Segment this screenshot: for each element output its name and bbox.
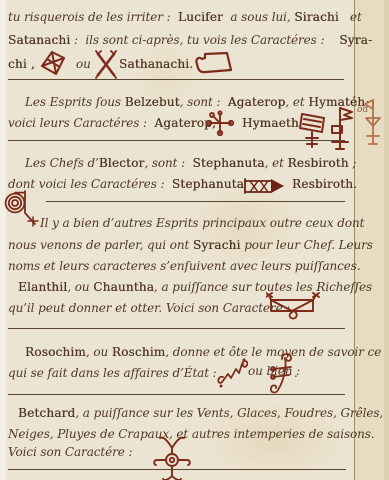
text-segment: Il y a bien d’autres Esprits principaux … [40, 216, 364, 230]
section-divider [46, 201, 345, 202]
page-right-edge [384, 0, 389, 480]
hymaeth-alt-character-sigil [364, 96, 382, 154]
text-line-s1-1: tu risquerois de les irriter : Lucifer a… [8, 10, 362, 25]
text-line-s1-2: Satanachi : ils sont ci-après, tu vois l… [8, 33, 372, 48]
manuscript-page: tu risquerois de les irriter : Lucifer a… [0, 0, 389, 480]
name-chauntha: Chauntha [93, 280, 154, 294]
name-betchard: Betchard [18, 406, 75, 420]
name-resbiroth: Resbiroth. [292, 177, 357, 191]
sathanachi-boot-character-sigil [194, 51, 234, 74]
text-line-s3-1: Les Chefs d’Blector, sont : Stephanuta, … [25, 156, 356, 171]
name-lucifer: Lucifer [178, 10, 223, 24]
text-segment: nous venons de parler, qui ont [8, 238, 193, 252]
text-line-s6-2a: qui se fait dans les affaires d’État : [8, 366, 217, 381]
name-stephanuta: Stephanuta [193, 156, 265, 170]
name-hymaeth: Hymaeth [242, 116, 299, 130]
syrachi-character-sigil [40, 50, 66, 76]
text-line-s5-2: qu’il peut donner et otter. Voici son Ca… [8, 301, 290, 316]
name-sathanachi: Sathanachi. [119, 57, 193, 71]
text-segment: pour leur Chef. Leurs [240, 238, 372, 252]
rosochim-character-sigil-1 [216, 356, 248, 390]
resbiroth-spiral-character-sigil [2, 188, 42, 228]
text-segment: ; [349, 156, 357, 170]
text-line-s4-2: nous venons de parler, qui ont Syrachi p… [8, 238, 373, 253]
text-segment: Les Esprits ſous [25, 95, 125, 109]
agaterop-character-sigil [205, 109, 235, 137]
name-elanthil: Elanthil [18, 280, 67, 294]
name-agaterop: Agaterop [228, 95, 286, 109]
text-segment: Voici son Caractére : [8, 445, 132, 459]
text-segment: noms et leurs caracteres s’enſuivent ave… [8, 259, 361, 273]
text-line-s7-3: Voici son Caractére : [8, 445, 132, 460]
text-line-s3-resbiroth: Resbiroth. [292, 177, 357, 192]
text-segment: qui se fait dans les affaires d’État : [8, 366, 217, 380]
name-belzebut: Belzebut [125, 95, 180, 109]
section-divider [8, 79, 344, 80]
text-segment: a sous lui, [223, 10, 294, 24]
name-roschim: Roschim [112, 345, 165, 359]
stephanuta-character-sigil [242, 177, 286, 195]
name-blector: Blector [99, 156, 145, 170]
text-line-s4-1: Il y a bien d’autres Esprits principaux … [40, 216, 364, 231]
text-line-s2-2: voici leurs Caractéres : Agaterop, [8, 116, 216, 131]
text-line-s6-1: Rosochim, ou Roschim, donne et ôte le mo… [25, 345, 381, 360]
name-rosochim: Rosochim [25, 345, 86, 359]
sathanachi-x-character-sigil [94, 49, 118, 79]
text-segment: : ils sont ci-après, tu vois les Caracté… [70, 33, 339, 47]
text-line-s3-2: dont voici les Caractéres : Stephanuta [8, 177, 244, 192]
text-segment: Les Chefs d’ [25, 156, 99, 170]
elanthil-character-sigil [266, 291, 322, 323]
section-divider [8, 394, 345, 395]
text-line-s1-3a: chi , [8, 57, 35, 72]
text-line-s6-2c: . [294, 366, 298, 381]
text-line-s1-3c: Sathanachi. [119, 57, 193, 72]
text-segment: , et [265, 156, 288, 170]
betchard-character-sigil [150, 432, 194, 480]
section-divider [8, 328, 345, 329]
text-segment: qu’il peut donner et otter. Voici son Ca… [8, 301, 290, 315]
text-line-s2-hymaeth: Hymaeth [242, 116, 299, 131]
text-segment: , sont : [144, 156, 192, 170]
name-resbiroth: Resbiroth [288, 156, 349, 170]
page-left-edge [0, 0, 6, 480]
hymaeth-character-sigil [298, 106, 354, 154]
text-segment: tu risquerois de les irriter : [8, 10, 178, 24]
text-segment: , ou [86, 345, 112, 359]
text-segment: , a puiſſance sur toutes les Richeſſes [154, 280, 372, 294]
rosochim-character-sigil-2 [268, 352, 294, 396]
text-line-s4-3: noms et leurs caracteres s’enſuivent ave… [8, 259, 361, 274]
name-syrachi: Syra- [339, 33, 372, 47]
section-divider [8, 469, 346, 470]
text-line-s1-3b: ou [76, 57, 91, 72]
text-segment: , a puiſſance sur les Vents, Glaces, Fou… [75, 406, 383, 420]
section-divider [8, 140, 345, 141]
text-line-s7-1: Betchard, a puiſſance sur les Vents, Gla… [18, 406, 383, 421]
text-segment: , ou [67, 280, 93, 294]
text-segment: et [339, 10, 362, 24]
text-segment: ou [76, 57, 91, 71]
name-syrachi: Syrachi [193, 238, 241, 252]
text-segment: chi , [8, 57, 35, 71]
text-segment: , sont : [180, 95, 228, 109]
name-sirachi: Sirachi [294, 10, 339, 24]
name-stephanuta: Stephanuta [172, 177, 244, 191]
text-segment: . [294, 366, 298, 380]
text-segment: voici leurs Caractéres : [8, 116, 154, 130]
name-satanachi: Satanachi [8, 33, 70, 47]
